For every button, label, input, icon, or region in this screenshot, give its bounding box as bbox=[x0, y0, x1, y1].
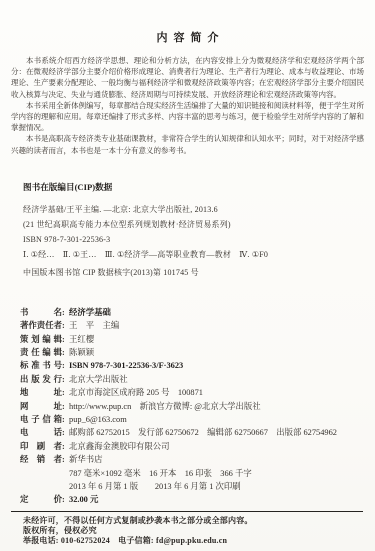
colophon-row-price: 定价 : 32.00 元 bbox=[20, 493, 358, 506]
label-colon: : bbox=[62, 321, 69, 330]
row-value: 32.00 元 bbox=[69, 493, 358, 505]
row-value: pup_6@163.com bbox=[69, 415, 358, 424]
row-value: 经济学基础 bbox=[69, 306, 358, 318]
summary-title: 内容简介 bbox=[11, 29, 364, 45]
cip-heading: 图书在版编目(CIP)数据 bbox=[23, 181, 356, 193]
row-label: 印刷者 bbox=[20, 440, 62, 452]
row-value: 王 平 主编 bbox=[69, 319, 358, 331]
cip-line-isbn: ISBN 978-7-301-22536-3 bbox=[23, 232, 356, 247]
row-label: 责任编辑 bbox=[20, 346, 62, 358]
row-label: 电子信箱 bbox=[20, 413, 62, 425]
label-colon: : bbox=[62, 442, 69, 451]
colophon-row-planning-editor: 策划编辑 : 王红樱 bbox=[20, 333, 358, 346]
colophon-row-phone: 电话 : 邮购部 62752015 发行部 62750672 编辑部 62750… bbox=[20, 426, 358, 439]
row-label: 出版发行 bbox=[20, 373, 62, 385]
row-value: 王红樱 bbox=[69, 333, 358, 345]
summary-paragraph-2: 本书采用全新体例编写，每章都结合现实经济生活编排了大量的知识链接和阅读材料等，便… bbox=[11, 100, 364, 134]
colophon-row-format: 787 毫米×1092 毫米 16 开本 16 印张 366 千字 bbox=[20, 467, 358, 480]
row-label: 经销者 bbox=[20, 453, 62, 465]
cip-line-series: (21 世纪高职高专能力本位型系列规划教材·经济贸易系列) bbox=[23, 217, 356, 232]
row-label: 书名 bbox=[20, 306, 62, 318]
label-colon: : bbox=[62, 308, 69, 317]
row-value: 北京市海淀区成府路 205 号 100871 bbox=[69, 386, 358, 398]
row-value: 陈颖颖 bbox=[69, 346, 358, 358]
content-summary-section: 内容简介 本书系统介绍西方经济学思想、理论和分析方法，在内容安排上分为微观经济学… bbox=[11, 29, 364, 156]
cip-line-record-number: 中国版本图书馆 CIP 数据核字(2013)第 101745 号 bbox=[23, 265, 356, 280]
row-label: 网址 bbox=[20, 400, 62, 412]
colophon-row-distributor: 经销者 : 新华书店 bbox=[20, 453, 358, 466]
colophon-row-website: 网址 : http://www.pup.cn 新浪官方微博: @北京大学出版社 bbox=[20, 400, 358, 413]
row-value: 北京大学出版社 bbox=[69, 373, 358, 385]
colophon-row-title: 书名 : 经济学基础 bbox=[20, 306, 358, 319]
row-label: 策划编辑 bbox=[20, 333, 62, 345]
book-copyright-page: 内容简介 本书系统介绍西方经济学思想、理论和分析方法，在内容安排上分为微观经济学… bbox=[0, 0, 375, 551]
cip-lines: 经济学基础/王平主编. —北京: 北京大学出版社, 2013.6 (21 世纪高… bbox=[23, 202, 356, 280]
cip-section: 图书在版编目(CIP)数据 经济学基础/王平主编. —北京: 北京大学出版社, … bbox=[11, 181, 364, 280]
colophon-row-executive-editor: 责任编辑 : 陈颖颖 bbox=[20, 346, 358, 359]
row-value: 新华书店 bbox=[69, 453, 358, 465]
row-label: 著作责任者 bbox=[20, 319, 62, 331]
copyright-notice-section: 未经许可，不得以任何方式复制或抄袭本书之部分或全部内容。 版权所有，侵权必究 举… bbox=[11, 512, 364, 547]
row-value: 787 毫米×1092 毫米 16 开本 16 印张 366 千字 bbox=[69, 467, 358, 479]
row-label: 地址 bbox=[20, 386, 62, 398]
row-value: 北京鑫海金澳胶印有限公司 bbox=[69, 440, 358, 452]
all-rights-reserved-notice: 版权所有，侵权必究 bbox=[23, 526, 356, 536]
row-label: 定价 bbox=[20, 493, 62, 505]
label-colon: : bbox=[62, 348, 69, 357]
colophon-section: 书名 : 经济学基础 著作责任者 : 王 平 主编 策划编辑 : 王红樱 责任编… bbox=[11, 306, 364, 507]
row-label: 标准书号 bbox=[20, 359, 62, 371]
row-label: 电话 bbox=[20, 426, 62, 438]
colophon-row-printer: 印刷者 : 北京鑫海金澳胶印有限公司 bbox=[20, 440, 358, 453]
label-colon: : bbox=[62, 375, 69, 384]
colophon-row-publisher: 出版发行 : 北京大学出版社 bbox=[20, 373, 358, 386]
row-value: http://www.pup.cn 新浪官方微博: @北京大学出版社 bbox=[69, 400, 358, 412]
label-colon: : bbox=[62, 335, 69, 344]
row-value: 邮购部 62752015 发行部 62750672 编辑部 62750667 出… bbox=[69, 426, 358, 438]
report-contact-line: 举报电话: 010-62752024 电子信箱: fd@pup.pku.edu.… bbox=[23, 536, 356, 546]
summary-paragraph-3: 本书是高职高专经济类专业基础课教材，非常符合学生的认知规律和认知水平；同时，对于… bbox=[11, 133, 364, 155]
colophon-row-author: 著作责任者 : 王 平 主编 bbox=[20, 319, 358, 332]
copy-prohibition-notice: 未经许可，不得以任何方式复制或抄袭本书之部分或全部内容。 bbox=[23, 516, 356, 526]
label-colon: : bbox=[62, 415, 69, 424]
label-colon: : bbox=[62, 455, 69, 464]
label-colon: : bbox=[62, 361, 69, 370]
label-colon: : bbox=[62, 495, 69, 504]
cip-line-title: 经济学基础/王平主编. —北京: 北京大学出版社, 2013.6 bbox=[23, 202, 356, 217]
row-value: ISBN 978-7-301-22536-3/F·3623 bbox=[69, 361, 358, 370]
colophon-row-isbn: 标准书号 : ISBN 978-7-301-22536-3/F·3623 bbox=[20, 359, 358, 372]
label-colon: : bbox=[62, 428, 69, 437]
colophon-row-email: 电子信箱 : pup_6@163.com bbox=[20, 413, 358, 426]
label-colon: : bbox=[62, 402, 69, 411]
colophon-row-address: 地址 : 北京市海淀区成府路 205 号 100871 bbox=[20, 386, 358, 399]
colophon-row-edition: 2013 年 6 月第 1 版 2013 年 6 月第 1 次印刷 bbox=[20, 480, 358, 493]
row-value: 2013 年 6 月第 1 版 2013 年 6 月第 1 次印刷 bbox=[69, 480, 358, 492]
summary-paragraph-1: 本书系统介绍西方经济学思想、理论和分析方法，在内容安排上分为微观经济学和宏观经济… bbox=[11, 55, 364, 100]
cip-line-classification: Ⅰ. ①经… Ⅱ. ①王… Ⅲ. ①经济学—高等职业教育—教材 Ⅳ. ①F0 bbox=[23, 247, 356, 262]
label-colon: : bbox=[62, 388, 69, 397]
